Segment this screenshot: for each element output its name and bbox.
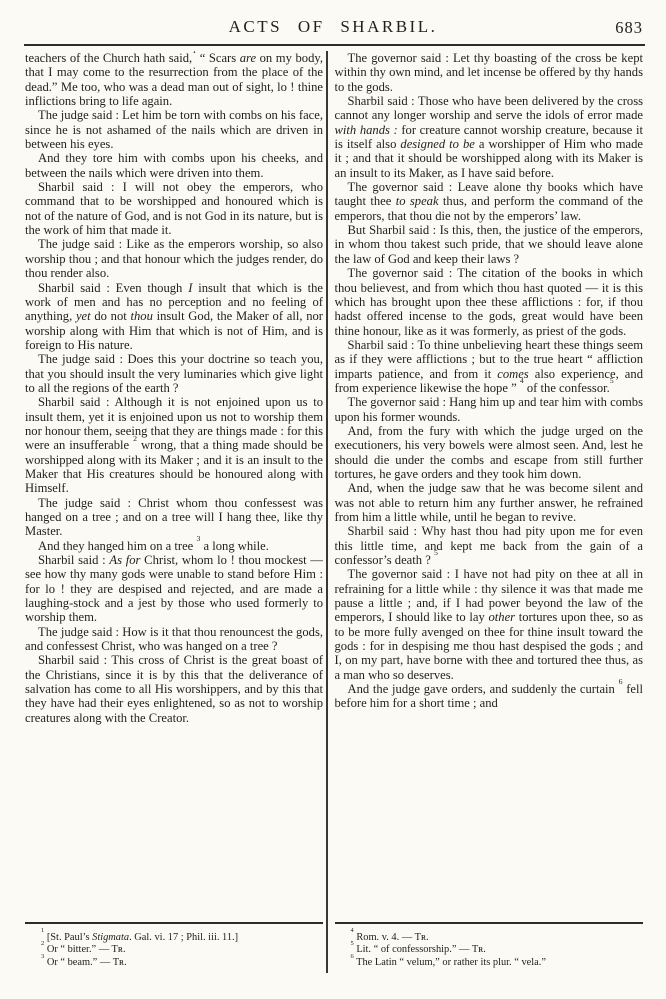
paragraph: Sharbil said : Although it is not enjoin… <box>25 395 323 495</box>
paragraph: Sharbil said : To thine unbelieving hear… <box>335 338 644 395</box>
footnote-separator <box>335 922 644 924</box>
footnote-ref: 4 <box>351 927 354 934</box>
paragraph: And they hanged him on a tree 3 a long w… <box>25 539 323 553</box>
left-column-footer: 1 [St. Paul’s Stigmata. Gal. vi. 17 ; Ph… <box>25 922 323 973</box>
paragraph: The judge said : Does this your doctrine… <box>25 352 323 395</box>
footnote-ref: 2 <box>41 940 44 947</box>
footnote-ref: 3 <box>41 953 44 960</box>
paragraph: The judge said : Let him be torn with co… <box>25 108 323 151</box>
paragraph: And, from the fury with which the judge … <box>335 424 644 481</box>
italic-text: with hands : <box>335 123 398 137</box>
footnote: 5 Lit. “ of confessorship.” — Tʀ. <box>335 944 644 957</box>
italic-text: thou <box>130 309 152 323</box>
paragraph: And the judge gave orders, and suddenly … <box>335 682 644 711</box>
footnote: 2 Or “ bitter.” — Tʀ. <box>25 944 323 957</box>
paragraph: The governor said : Let thy boasting of … <box>335 51 644 94</box>
paragraph: Sharbil said : I will not obey the emper… <box>25 180 323 237</box>
italic-text: to speak <box>396 194 439 208</box>
left-column-footnotes: 1 [St. Paul’s Stigmata. Gal. vi. 17 ; Ph… <box>25 932 323 970</box>
header-rule <box>24 44 645 46</box>
footnote-separator <box>25 922 323 924</box>
paragraph: Sharbil said : As for Christ, whom lo ! … <box>25 553 323 625</box>
paragraph: The governor said : Leave alone thy book… <box>335 180 644 223</box>
paragraph: Sharbil said : Even though I insult that… <box>25 281 323 353</box>
paragraph: The governor said : I have not had pity … <box>335 567 644 682</box>
left-column: teachers of the Church hath said,1 “ Sca… <box>25 51 323 973</box>
italic-text: are <box>240 51 256 65</box>
footnote: 6 The Latin “ velum,” or rather its plur… <box>335 957 644 970</box>
column-divider <box>326 51 328 973</box>
paragraph: The governor said : The citation of the … <box>335 266 644 338</box>
italic-text: I <box>188 281 192 295</box>
paragraph: Sharbil said : Why hast thou had pity up… <box>335 524 644 567</box>
text-columns: teachers of the Church hath said,1 “ Sca… <box>25 51 643 973</box>
paragraph: And, when the judge saw that he was beco… <box>335 481 644 524</box>
paragraph: The judge said : Like as the emperors wo… <box>25 237 323 280</box>
paragraph: Sharbil said : Those who have been deliv… <box>335 94 644 180</box>
page: ACTS OF SHARBIL. 683 teachers of the Chu… <box>0 0 666 999</box>
right-column-footnotes: 4 Rom. v. 4. — Tʀ.5 Lit. “ of confessors… <box>335 932 644 970</box>
paragraph: The judge said : Christ whom thou confes… <box>25 496 323 539</box>
right-column-paragraphs: The governor said : Let thy boasting of … <box>335 51 644 922</box>
footnote: 4 Rom. v. 4. — Tʀ. <box>335 932 644 945</box>
footnote-ref: 6 <box>619 677 623 686</box>
italic-text: As for <box>109 553 140 567</box>
footnote: 1 [St. Paul’s Stigmata. Gal. vi. 17 ; Ph… <box>25 932 323 945</box>
footnote-ref: 3 <box>196 534 200 543</box>
right-column: The governor said : Let thy boasting of … <box>335 51 644 973</box>
footnote-ref: 2 <box>133 434 137 443</box>
running-header: ACTS OF SHARBIL. 683 <box>0 17 666 37</box>
paragraph: The governor said : Hang him up and tear… <box>335 395 644 424</box>
footnote-ref: 6 <box>351 953 354 960</box>
paragraph: And they tore him with combs upon his ch… <box>25 151 323 180</box>
footnote: 3 Or “ beam.” — Tʀ. <box>25 957 323 970</box>
left-column-paragraphs: teachers of the Church hath said,1 “ Sca… <box>25 51 323 922</box>
footnote-ref: 5 <box>351 940 354 947</box>
paragraph: The judge said : How is it that thou ren… <box>25 625 323 654</box>
italic-text: other <box>488 610 515 624</box>
paragraph: Sharbil said : This cross of Christ is t… <box>25 653 323 725</box>
italic-text: designed to be <box>400 137 474 151</box>
footnote-ref: 5 <box>610 376 614 385</box>
right-column-footer: 4 Rom. v. 4. — Tʀ.5 Lit. “ of confessors… <box>335 922 644 973</box>
page-title: ACTS OF SHARBIL. <box>229 17 438 36</box>
footnote-ref: 1 <box>192 51 196 55</box>
footnote-ref: 4 <box>520 376 524 385</box>
paragraph: But Sharbil said : Is this, then, the ju… <box>335 223 644 266</box>
footnote-ref: 5 <box>434 548 438 557</box>
paragraph: teachers of the Church hath said,1 “ Sca… <box>25 51 323 108</box>
page-number: 683 <box>615 18 643 38</box>
italic-text: yet <box>76 309 91 323</box>
italic-text: Stigmata <box>92 932 129 943</box>
footnote-ref: 1 <box>41 927 44 934</box>
